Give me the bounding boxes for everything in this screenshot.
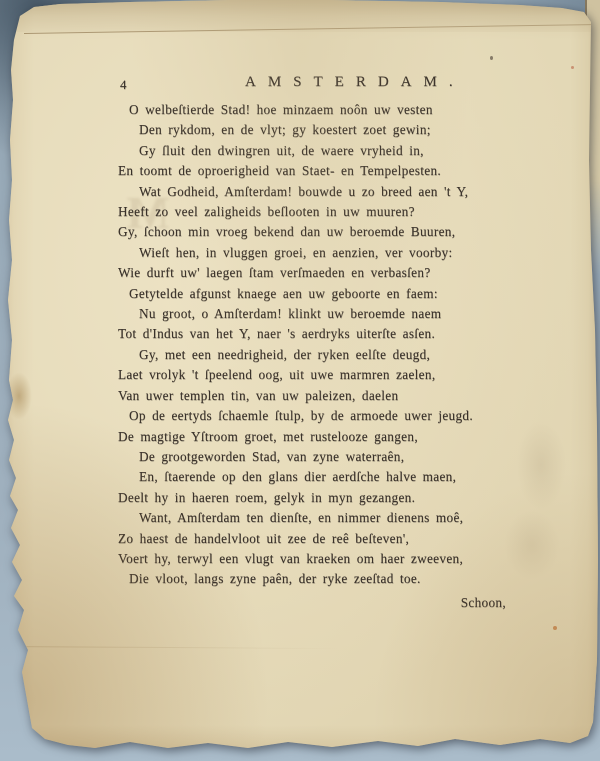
poem-line: Tot d'Indus van het Y, naer 's aerdryks … (118, 324, 508, 344)
edge-stain (6, 372, 32, 420)
poem-line: Laet vrolyk 't ſpeelend oog, uit uwe mar… (118, 365, 508, 385)
poem-line: Op de eertyds ſchaemle ſtulp, by de armo… (129, 406, 508, 426)
poem-line: Heeft zo veel zaligheids beſlooten in uw… (118, 202, 508, 222)
poem-line: En toomt de oproerigheid van Staet- en T… (118, 161, 508, 181)
lower-crease (0, 646, 340, 649)
poem-line: De grootgeworden Stad, van zyne waterraê… (139, 447, 508, 467)
poem-line: Gy ſluit den dwingren uit, de waere vryh… (139, 141, 508, 161)
showthrough-smudge (504, 510, 560, 580)
poem-line: En, ſtaerende op den glans dier aerdſche… (139, 467, 508, 487)
page-top-shadow (0, 0, 600, 32)
page-content: 4 AMSTERDAM. O welbeſtierde Stad! hoe mi… (118, 72, 508, 611)
poem-line: Getytelde afgunst knaege aen uw geboorte… (129, 284, 508, 304)
poem-line: Wieſt hen, in vluggen groei, en aenzien,… (139, 243, 508, 263)
page-number: 4 (120, 77, 127, 93)
poem-line: Gy, ſchoon min vroeg bekend dan uw beroe… (118, 222, 508, 242)
page-header: 4 AMSTERDAM. (118, 72, 508, 100)
rust-speck (553, 626, 557, 630)
poem-line: Wat Godheid, Amſterdam! bouwde u zo bree… (139, 182, 508, 202)
top-crease (24, 24, 600, 34)
poem-line: Van uwer templen tin, van uw paleizen, d… (118, 386, 508, 406)
catchword-row: Schoon, (118, 595, 508, 611)
poem-line: Den rykdom, en de vlyt; gy koestert zoet… (139, 120, 508, 140)
poem-line: Nu groot, o Amſterdam! klinkt uw beroemd… (139, 304, 508, 324)
poem-line: Want, Amſterdam ten dienſte, en nimmer d… (139, 508, 508, 528)
ink-speck (490, 56, 493, 60)
showthrough-smudge (516, 420, 566, 510)
poem-line: De magtige Yſtroom groet, met rustelooze… (118, 427, 508, 447)
book-page: M 4 AMSTERDAM. O welbeſtierde Stad! hoe … (0, 0, 600, 761)
photo-backdrop: M 4 AMSTERDAM. O welbeſtierde Stad! hoe … (0, 0, 600, 761)
poem-block: O welbeſtierde Stad! hoe minzaem noôn uw… (118, 100, 508, 590)
poem-line: Zo haest de handelvloot uit zee de reê b… (118, 529, 508, 549)
poem-line: O welbeſtierde Stad! hoe minzaem noôn uw… (129, 100, 508, 120)
poem-line: Deelt hy in haeren roem, gelyk in myn ge… (118, 488, 508, 508)
poem-line: Wie durft uw' laegen ſtam verſmaeden en … (118, 263, 508, 283)
book-page-wrap: M 4 AMSTERDAM. O welbeſtierde Stad! hoe … (0, 0, 600, 761)
page-title: AMSTERDAM. (245, 74, 465, 91)
poem-line: Gy, met een needrigheid, der ryken eelſt… (139, 345, 508, 365)
poem-line: Die vloot, langs zyne paên, der ryke zee… (129, 569, 508, 589)
rust-speck (571, 66, 574, 69)
poem-line: Voert hy, terwyl een vlugt van kraeken o… (118, 549, 508, 569)
catchword: Schoon, (461, 595, 506, 610)
